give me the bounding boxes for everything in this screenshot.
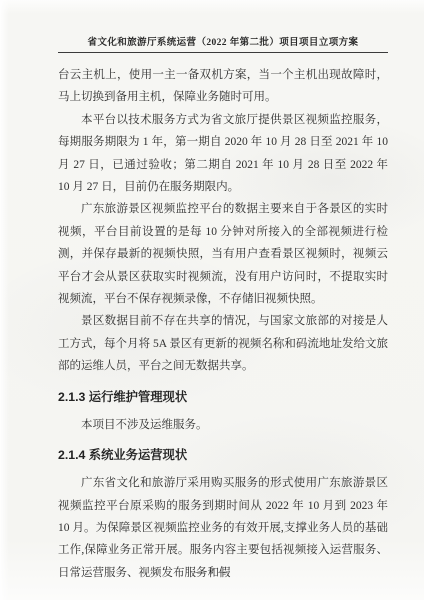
section-heading-2-1-4: 2.1.4 系统业务运营现状 [58, 445, 388, 465]
body-paragraph-data-sharing: 景区数据目前不存在共享的情况，与国家文旅部的对接是人工方式，每个月将 5A 景区… [58, 310, 388, 377]
body-paragraph-continuation: 台云主机上，使用一主一备双机方案，当一个主机出现故障时，马上切换到备用主机，保障… [58, 64, 388, 109]
document-page: 省文化和旅游厅系统运营（2022 年第二批）项目项目立项方案 台云主机上，使用一… [0, 0, 424, 600]
page-content: 省文化和旅游厅系统运营（2022 年第二批）项目项目立项方案 台云主机上，使用一… [58, 34, 388, 584]
body-paragraph-no-ops: 本项目不涉及运维服务。 [58, 414, 388, 436]
body-paragraph-platform-data: 广东旅游景区视频监控平台的数据主要来自于各景区的实时视频，平台目前设置的是每 1… [58, 198, 388, 310]
body-paragraph-service-terms: 本平台以技术服务方式为省文旅厅提供景区视频监控服务，每期服务期限为 1 年，第一… [58, 109, 388, 199]
document-body: 台云主机上，使用一主一备双机方案，当一个主机出现故障时，马上切换到备用主机，保障… [58, 64, 388, 584]
section-heading-2-1-3: 2.1.3 运行维护管理现状 [58, 387, 388, 407]
page-number: — 7 — [0, 568, 424, 578]
scan-edge [0, 0, 9, 600]
document-header-title: 省文化和旅游厅系统运营（2022 年第二批）项目项目立项方案 [58, 34, 388, 53]
